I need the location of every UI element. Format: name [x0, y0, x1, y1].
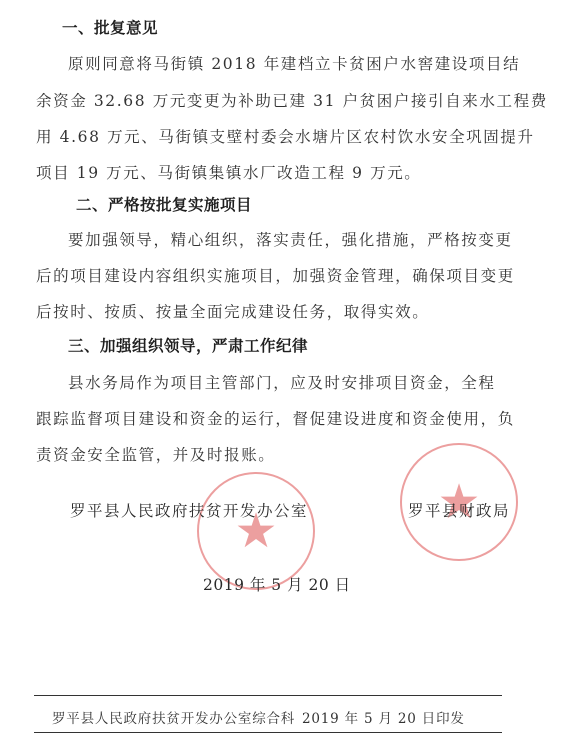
signature-office: 罗平县人民政府扶贫开发办公室	[70, 499, 308, 521]
section-1-heading: 一、批复意见	[62, 16, 158, 38]
footer-print-date: 2019 年 5 月 20 日印发	[302, 707, 465, 727]
signature-finance-bureau: 罗平县财政局	[408, 499, 510, 521]
signature-date: 2019 年 5 月 20 日	[203, 573, 351, 595]
section-2-line-3: 后按时、按质、按量全面完成建设任务，取得实效。	[36, 300, 429, 322]
section-1-line-1: 原则同意将马街镇 2018 年建档立卡贫困户水窖建设项目结	[68, 52, 520, 74]
section-1-line-2: 余资金 32.68 万元变更为补助已建 31 户贫困户接引自来水工程费	[36, 89, 548, 111]
footer-bottom-rule	[34, 732, 502, 733]
section-2-line-1: 要加强领导，精心组织，落实责任，强化措施，严格按变更	[68, 228, 513, 250]
section-1-line-3: 用 4.68 万元、马街镇支壁村委会水塘片区农村饮水安全巩固提升	[36, 125, 535, 147]
section-3-heading: 三、加强组织领导，严肃工作纪律	[68, 334, 308, 356]
section-1-line-4: 项目 19 万元、马街镇集镇水厂改造工程 9 万元。	[36, 161, 421, 183]
section-3-line-2: 跟踪监督项目建设和资金的运行，督促建设进度和资金使用，负	[36, 407, 515, 429]
footer-issuer: 罗平县人民政府扶贫开发办公室综合科	[52, 707, 295, 727]
section-2-line-2: 后的项目建设内容组织实施项目，加强资金管理，确保项目变更	[36, 264, 515, 286]
section-3-line-3: 责资金安全监管，并及时报账。	[36, 443, 275, 465]
footer-top-rule	[34, 695, 502, 696]
section-2-heading: 二、严格按批复实施项目	[76, 193, 252, 215]
section-3-line-1: 县水务局作为项目主管部门，应及时安排项目资金，全程	[68, 371, 496, 393]
